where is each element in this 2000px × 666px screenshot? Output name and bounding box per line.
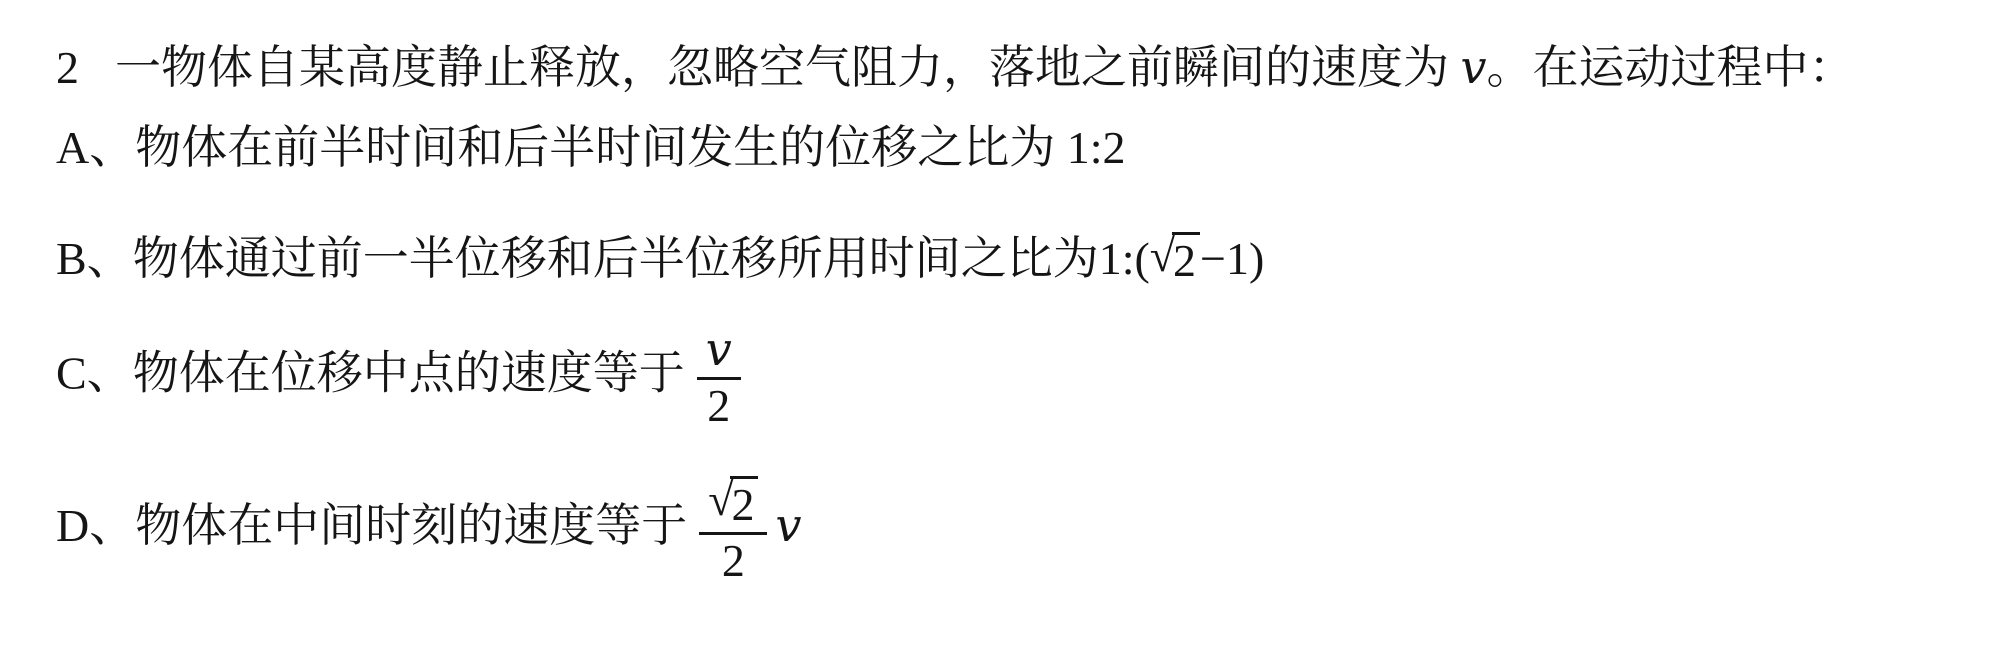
option-a-text: 物体在前半时间和后半时间发生的位移之比为 1:2 <box>135 122 1125 173</box>
velocity-symbol: v <box>1461 40 1487 94</box>
option-c-label: C、 <box>56 347 133 398</box>
fraction-denominator: 2 <box>707 380 730 430</box>
radicand: 2 <box>730 476 758 529</box>
option-d: D、物体在中间时刻的速度等于√22v <box>56 476 1970 585</box>
option-c: C、物体在位移中点的速度等于v2 <box>56 326 1970 430</box>
fraction-v-over-2: v2 <box>697 326 741 430</box>
sqrt-2-expression: √2 <box>1150 232 1200 286</box>
option-d-text: 物体在中间时刻的速度等于 <box>135 500 687 551</box>
physics-problem-document: 2一物体自某高度静止释放，忽略空气阻力，落地之前瞬间的速度为 v。在运动过程中：… <box>0 0 2000 585</box>
fraction-sqrt2-over-2: √22 <box>699 476 767 585</box>
question-stem: 2一物体自某高度静止释放，忽略空气阻力，落地之前瞬间的速度为 v。在运动过程中： <box>56 40 1970 95</box>
fraction-denominator: 2 <box>722 535 745 585</box>
option-c-text: 物体在位移中点的速度等于 <box>133 347 685 398</box>
option-a-label: A、 <box>56 122 135 173</box>
fraction-numerator: v <box>706 322 732 376</box>
option-d-label: D、 <box>56 500 135 551</box>
option-a: A、物体在前半时间和后半时间发生的位移之比为 1:2 <box>56 121 1970 175</box>
question-number: 2 <box>56 41 79 95</box>
radicand: 2 <box>1172 232 1200 285</box>
option-b-label: B、 <box>56 233 133 284</box>
option-b-text: 物体通过前一半位移和后半位移所用时间之比为1:( <box>133 233 1150 284</box>
question-text-before-v: 一物体自某高度静止释放，忽略空气阻力，落地之前瞬间的速度为 <box>115 42 1461 93</box>
question-text-after-v: 。在运动过程中： <box>1487 42 1855 93</box>
sqrt-2-expression: √2 <box>708 476 758 529</box>
velocity-symbol: v <box>775 498 801 552</box>
option-b: B、物体通过前一半位移和后半位移所用时间之比为1:(√2−1) <box>56 232 1970 286</box>
option-b-text-after: −1) <box>1200 233 1264 284</box>
